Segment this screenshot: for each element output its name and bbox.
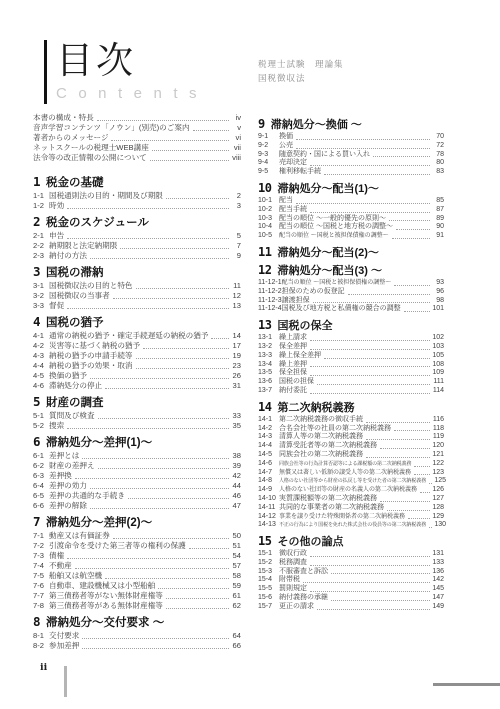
toc-item-id: 13-2 (258, 343, 279, 352)
toc-item-page: 39 (231, 461, 241, 471)
toc-item: 14-6同族会社等の行為計算否認等による課税額の第二次納税義務122 (258, 460, 444, 469)
toc-item-id: 7-3 (33, 551, 49, 561)
toc-item-id: 5-1 (33, 411, 49, 421)
front-matter-item: ネットスクールの税理士WEB講座vii (33, 143, 241, 153)
section-title: 税金の基礎 (46, 177, 104, 189)
book-title-block: 税理士試験 理論集 国税徴収法 (258, 57, 344, 85)
toc-item-page: 44 (231, 481, 241, 491)
toc-item-id: 7-7 (33, 591, 49, 601)
dot-leader (67, 428, 229, 429)
section-heading: 6滞納処分～差押(1)～ (33, 436, 241, 449)
dot-leader (152, 150, 229, 151)
front-matter-item: 著者からのメッセージvi (33, 133, 241, 143)
right-column: 9滞納処分～換価 ～9-1換価709-2公売729-3随意契約・国による買い入れ… (258, 118, 444, 612)
dot-leader (189, 548, 229, 549)
toc-item: 4-1通常の納税の猶予・確定手続遅延の納税の猶予14 (33, 331, 241, 341)
toc-item-label: 更正の請求 (279, 603, 314, 612)
toc-item: 1-1国税通則法の目的・期間及び期限2 (33, 191, 241, 201)
toc-item: 7-1動産又は有価証券50 (33, 531, 241, 541)
toc-item-page: 33 (231, 411, 241, 421)
toc-item-page: 91 (432, 232, 444, 241)
page-title: 目次 (56, 40, 208, 82)
section-heading: 2税金のスケジュール (33, 216, 241, 229)
toc-item-id: 14-1 (258, 416, 279, 425)
toc-item-id: 3-2 (33, 291, 49, 301)
toc-item: 7-8第三債務者等がある無体財産権等62 (33, 601, 241, 611)
section-heading: 12滞納処分～配当(3) ～ (258, 264, 444, 277)
dot-leader (313, 302, 430, 303)
toc-item-id: 2-3 (33, 251, 49, 261)
toc-item: 14-7無償又は著しい低額の譲受人等の第二次納税義務123 (258, 469, 444, 478)
dot-leader (166, 598, 229, 599)
dot-leader (90, 258, 229, 259)
toc-item-label: 納税の猶予の申請手続等 (49, 351, 133, 361)
toc-item-id: 11-12-3 (258, 297, 282, 306)
toc-item: 14-8人格のない社団等から財産の払戻し等を受けた者の第二次納税義務125 (258, 477, 444, 486)
toc-item-id: 8-2 (33, 641, 49, 651)
dot-leader (113, 538, 229, 539)
toc-item-page: 87 (432, 206, 444, 215)
section-items: 3-1国税徴収法の目的と特色113-2国税徴収の当事者123-3督促13 (33, 281, 241, 311)
book-title-line2: 国税徴収法 (258, 71, 344, 85)
section-heading: 11滞納処分～配当(2)～ (258, 246, 444, 259)
toc-item-label: 財産の差押え (49, 461, 95, 471)
toc-item-page: 80 (432, 159, 444, 168)
toc-item-page: 12 (231, 291, 241, 301)
toc-item-page: 17 (231, 341, 241, 351)
section-number: 7 (33, 516, 40, 528)
toc-item: 14-10実質課税額等の第二次納税義務127 (258, 495, 444, 504)
dot-leader (310, 591, 430, 592)
toc-item-id: 3-1 (33, 281, 49, 291)
toc-item-page: 114 (432, 387, 444, 396)
dot-leader (310, 366, 430, 367)
toc-item-id: 9-5 (258, 168, 279, 177)
section-number: 9 (258, 118, 265, 130)
title-block: 目次 Contents (44, 40, 208, 104)
section-items: 9-1換価709-2公売729-3随意契約・国による買い入れ789-4売却決定8… (258, 133, 444, 177)
dot-leader (310, 556, 430, 557)
toc-item-page: 123 (432, 469, 444, 478)
toc-item-label: 換価の猶予 (49, 371, 87, 381)
toc-item-id: 4-2 (33, 341, 49, 351)
toc-item-id: 6-6 (33, 501, 49, 511)
section-heading: 1税金の基礎 (33, 176, 241, 189)
page-subtitle: Contents (56, 84, 208, 104)
dot-leader (82, 638, 229, 639)
toc-item-label: 国税通則法の目的・期間及び期限 (49, 191, 163, 201)
toc-item: 7-4不動産57 (33, 561, 241, 571)
toc-item-page: 5 (231, 231, 241, 241)
toc-item-page: 125 (434, 477, 446, 486)
toc-item: 14-2合名会社等の社員の第二次納税義務118 (258, 425, 444, 434)
book-title-line1: 税理士試験 理論集 (258, 57, 344, 71)
toc-item-id: 9-4 (258, 159, 279, 168)
section-title: 滞納処分～差押(2)～ (46, 517, 152, 529)
toc-item-page: 2 (231, 191, 241, 201)
toc-item: 2-2納期限と法定納期限7 (33, 241, 241, 251)
toc-item-label: 差押とは (49, 451, 79, 461)
toc-item-page: 147 (432, 594, 444, 603)
toc-item-label: 合名会社等の社員の第二次納税義務 (279, 425, 391, 434)
toc-page: { "header": { "title": "目次", "subtitle":… (0, 0, 500, 709)
toc-item: 4-3納税の猶予の申請手続等19 (33, 351, 241, 361)
toc-item-label: 清算人等の第二次納税義務 (279, 433, 363, 442)
toc-item-id: 13-7 (258, 387, 279, 396)
toc-item-id: 15-6 (258, 594, 279, 603)
dot-leader (296, 203, 430, 204)
toc-item: 10-4配当の順位 ～国税と地方税の調整～90 (258, 223, 444, 232)
toc-item-page: 31 (231, 381, 241, 391)
front-matter-item: 本書の構成・特長iv (33, 113, 241, 123)
dot-leader (158, 588, 229, 589)
toc-item-page: 57 (231, 561, 241, 571)
dot-leader (166, 198, 229, 199)
toc-item: 15-2税務調査133 (258, 559, 444, 568)
dot-leader (429, 527, 432, 528)
section-number: 4 (33, 316, 40, 328)
toc-item-label: 引渡命令を受けた第三者等の権利の保護 (49, 541, 186, 551)
dot-leader (67, 558, 229, 559)
toc-item-label: 国税及び地方税と私債権の競合の調整 (282, 305, 401, 314)
toc-item-id: 14-8 (258, 477, 279, 486)
section-heading: 3国税の滞納 (33, 266, 241, 279)
toc-item: 5-1質問及び検査33 (33, 411, 241, 421)
dot-leader (82, 648, 229, 649)
toc-section: 1税金の基礎1-1国税通則法の目的・期間及び期限21-2時効3 (33, 176, 241, 211)
section-number: 12 (258, 264, 271, 276)
dot-leader (105, 578, 229, 579)
dot-leader (324, 174, 430, 175)
toc-item-id: 9-2 (258, 142, 279, 151)
dot-leader (105, 388, 229, 389)
toc-item-label: 差押換 (49, 471, 72, 481)
dot-leader (310, 349, 430, 350)
toc-item: 11-12-1配当の順位 ～国税と被担保債権の調整～93 (258, 279, 444, 288)
toc-item-id: 7-1 (33, 531, 49, 541)
toc-item: 8-1交付要求64 (33, 631, 241, 641)
section-title: 滞納処分～配当(2)～ (277, 247, 378, 259)
toc-item: 15-4附帯税142 (258, 576, 444, 585)
toc-item-page: 121 (432, 451, 444, 460)
toc-item-label: 配当の順位 ～国税と被担保債権の調整～ (279, 232, 389, 241)
toc-section: 5財産の調査5-1質問及び検査335-2捜索35 (33, 396, 241, 431)
toc-item: 9-5権利移転手続83 (258, 168, 444, 177)
toc-item-page: 109 (432, 369, 444, 378)
toc-item-id: 15-7 (258, 603, 279, 612)
toc-item-label: 換価 (279, 133, 293, 142)
dot-leader (303, 582, 430, 583)
toc-item: 6-2財産の差押え39 (33, 461, 241, 471)
toc-item-label: 罰則規定 (279, 585, 307, 594)
section-heading: 7滞納処分～差押(2)～ (33, 516, 241, 529)
toc-item-id: 10-2 (258, 206, 279, 215)
toc-item-id: 10-1 (258, 197, 279, 206)
toc-item: 7-2引渡命令を受けた第三者等の権利の保護51 (33, 541, 241, 551)
section-title: 滞納処分～交付要求 ～ (46, 617, 164, 629)
dot-leader (98, 468, 229, 469)
toc-item-id: 4-4 (33, 361, 49, 371)
toc-item-id: 1-1 (33, 191, 49, 201)
toc-item-id: 14-11 (258, 504, 279, 513)
left-column-sections: 1税金の基礎1-1国税通則法の目的・期間及び期限21-2時効32税金のスケジュー… (33, 176, 241, 651)
toc-item-id: 13-3 (258, 352, 279, 361)
toc-item-label: 債権 (49, 551, 64, 561)
toc-item-label: 質問及び検査 (49, 411, 95, 421)
dot-leader (98, 418, 229, 419)
toc-item-id: 13-6 (258, 378, 279, 387)
toc-item-page: 26 (231, 371, 241, 381)
dot-leader (389, 220, 430, 221)
toc-item-label: 第二次納税義務の徴収手続 (279, 416, 363, 425)
toc-section: 3国税の滞納3-1国税徴収法の目的と特色113-2国税徴収の当事者123-3督促… (33, 266, 241, 311)
toc-item-page: 102 (432, 334, 444, 343)
dot-leader (90, 508, 229, 509)
section-title: 滞納処分～差押(1)～ (46, 437, 152, 449)
section-number: 3 (33, 266, 40, 278)
toc-item-label: 国税の担保 (279, 378, 314, 387)
dot-leader (67, 308, 229, 309)
toc-item: 14-5同族会社の第二次納税義務121 (258, 451, 444, 460)
toc-item-label: 通常の納税の猶予・確定手続遅延の納税の猶予 (49, 331, 208, 341)
toc-item-id: 3-3 (33, 301, 49, 311)
dot-leader (373, 156, 430, 157)
toc-item: 14-1第二次納税義務の徴収手続116 (258, 416, 444, 425)
toc-item-label: 時効 (49, 201, 64, 211)
toc-item: 14-3清算人等の第二次納税義務119 (258, 433, 444, 442)
section-items: 13-1繰上請求10213-2保全差押10313-3繰上保全差押10513-4繰… (258, 334, 444, 396)
section-items: 14-1第二次納税義務の徴収手続11614-2合名会社等の社員の第二次納税義務1… (258, 416, 444, 530)
dot-leader (120, 248, 229, 249)
dot-leader (317, 609, 430, 610)
toc-section: 9滞納処分～換価 ～9-1換価709-2公売729-3随意契約・国による買い入れ… (258, 118, 444, 177)
toc-item-id: 6-1 (33, 451, 49, 461)
toc-item-page: 51 (231, 541, 241, 551)
dot-leader (211, 338, 229, 339)
toc-item-page: 108 (432, 361, 444, 370)
toc-item-id: 7-2 (33, 541, 49, 551)
dot-leader (394, 285, 430, 286)
toc-item: 9-4売却決定80 (258, 159, 444, 168)
toc-section: 4国税の猶予4-1通常の納税の猶予・確定手続遅延の納税の猶予144-2災害等に基… (33, 316, 241, 391)
toc-item-id: 10-3 (258, 215, 279, 224)
toc-item: 10-5配当の順位 ～国税と被担保債権の調整～91 (258, 232, 444, 241)
toc-item-page: 59 (231, 581, 241, 591)
section-items: 2-1申告52-2納期限と法定納期限72-3納付の方法9 (33, 231, 241, 261)
toc-item-page: 129 (432, 513, 444, 522)
toc-section: 2税金のスケジュール2-1申告52-2納期限と法定納期限72-3納付の方法9 (33, 216, 241, 261)
toc-item: 5-2捜索35 (33, 421, 241, 431)
toc-item-id: 14-13 (258, 521, 279, 530)
dot-leader (90, 488, 229, 489)
toc-item-page: 96 (432, 288, 444, 297)
section-number: 15 (258, 535, 271, 547)
toc-item: 9-1換価70 (258, 133, 444, 142)
toc-item-id: 7-6 (33, 581, 49, 591)
dot-leader (136, 288, 229, 289)
toc-item-label: 担保のための仮登記 (282, 288, 345, 297)
toc-item-page: 127 (432, 495, 444, 504)
toc-item-page: 98 (432, 297, 444, 306)
toc-item-id: 14-7 (258, 469, 279, 478)
toc-item-id: 11-12-2 (258, 288, 282, 297)
toc-item-id: 13-1 (258, 334, 279, 343)
toc-item-id: 11-12-4 (258, 305, 282, 314)
toc-item: 15-7更正の請求149 (258, 603, 444, 612)
dot-leader (310, 565, 430, 566)
toc-item-page: 105 (432, 352, 444, 361)
toc-item-page: vi (231, 133, 241, 143)
toc-section: 7滞納処分～差押(2)～7-1動産又は有価証券507-2引渡命令を受けた第三者等… (33, 516, 241, 611)
toc-item-page: 72 (432, 142, 444, 151)
section-heading: 10滞納処分～配当(1)～ (258, 182, 444, 195)
dot-leader (75, 568, 229, 569)
toc-item-page: 46 (231, 491, 241, 501)
toc-item-page: 35 (231, 421, 241, 431)
folio-page-number: ii (40, 662, 47, 673)
toc-item: 4-6滞納処分の停止31 (33, 381, 241, 391)
toc-item-label: 交付要求 (49, 631, 79, 641)
front-matter-item: 音声学習コンテンツ「ノウン」(別売)のご案内v (33, 123, 241, 133)
toc-item-id: 6-5 (33, 491, 49, 501)
section-number: 6 (33, 436, 40, 448)
toc-section: 8滞納処分～交付要求 ～8-1交付要求648-2参加差押66 (33, 616, 241, 651)
section-items: 15-1徴収行政13115-2税務調査13315-3不服審査と訴訟13615-4… (258, 550, 444, 612)
toc-item: 14-11共同的な事業者の第二次納税義務128 (258, 504, 444, 513)
toc-item-page: 103 (432, 343, 444, 352)
toc-item: 11-12-2担保のための仮登記96 (258, 288, 444, 297)
toc-item-label: 公売 (279, 142, 293, 151)
dot-leader (111, 140, 229, 141)
toc-item-page: 13 (231, 301, 241, 311)
toc-item-id: 14-10 (258, 495, 279, 504)
toc-item: 13-7納付委託114 (258, 387, 444, 396)
toc-item-page: 14 (231, 331, 241, 341)
dot-leader (193, 130, 229, 131)
toc-item: 7-3債権54 (33, 551, 241, 561)
section-title: 国税の保全 (277, 320, 332, 332)
toc-item-label: 同族会社等の行為計算否認等による課税額の第二次納税義務 (279, 460, 411, 469)
toc-item-label: 繰上保全差押 (279, 352, 321, 361)
section-number: 13 (258, 319, 271, 331)
toc-item-page: 78 (432, 151, 444, 160)
section-number: 1 (33, 176, 40, 188)
dot-leader (396, 229, 430, 230)
toc-item-id: 6-4 (33, 481, 49, 491)
toc-item: 14-9人格のない社団等の財産の名義人の第二次納税義務126 (258, 486, 444, 495)
toc-item-label: 自動車、建設機械又は小型船舶 (49, 581, 155, 591)
toc-item-page: 101 (432, 305, 444, 314)
dot-leader (394, 430, 430, 431)
section-items: 5-1質問及び検査335-2捜索35 (33, 411, 241, 431)
dot-leader (420, 492, 430, 493)
section-items: 10-1配当8510-2配当手続8710-3配当の順位 ～一般的優先の原則～89… (258, 197, 444, 241)
dot-leader (331, 573, 430, 574)
toc-item-id: 14-6 (258, 460, 279, 469)
toc-item-page: v (231, 123, 241, 133)
toc-item-id: 14-9 (258, 486, 279, 495)
toc-item-page: iv (231, 113, 241, 123)
toc-item: 4-5換価の猶予26 (33, 371, 241, 381)
dot-leader (143, 348, 229, 349)
front-matter-item: 法令等の改正情報の公開についてviii (33, 153, 241, 163)
dot-leader (128, 498, 229, 499)
toc-section: 14第二次納税義務14-1第二次納税義務の徴収手続11614-2合名会社等の社員… (258, 401, 444, 530)
dot-leader (310, 375, 430, 376)
toc-item-label: 督促 (49, 301, 64, 311)
toc-item-page: 47 (231, 501, 241, 511)
toc-item-label: 清算受託者等の第二次納税義務 (279, 442, 377, 451)
toc-item-page: 116 (432, 416, 444, 425)
toc-item: 6-4差押の効力44 (33, 481, 241, 491)
toc-item-label: 納付委託 (279, 387, 307, 396)
toc-item-page: 111 (432, 378, 444, 387)
toc-item-id: 15-3 (258, 568, 279, 577)
toc-item-label: 繰上請求 (279, 334, 307, 343)
section-title: 第二次納税義務 (277, 402, 354, 414)
toc-item: 8-2参加差押66 (33, 641, 241, 651)
toc-item-label: 事業を譲り受けた特殊関係者の第二次納税義務 (279, 513, 405, 522)
toc-item: 6-5差押の共通的な手続き46 (33, 491, 241, 501)
toc-item: 15-1徴収行政131 (258, 550, 444, 559)
dot-leader (310, 393, 430, 394)
toc-item-label: 第三債務者等がない無体財産権等 (49, 591, 163, 601)
toc-item-label: 法令等の改正情報の公開について (33, 153, 147, 163)
toc-item-page: 145 (432, 585, 444, 594)
toc-item-page: 149 (432, 603, 444, 612)
toc-item-label: 差押の解除 (49, 501, 87, 511)
section-title: 滞納処分～配当(1)～ (277, 183, 378, 195)
section-heading: 4国税の猶予 (33, 316, 241, 329)
toc-item-id: 4-6 (33, 381, 49, 391)
toc-item-page: 128 (432, 504, 444, 513)
toc-item-id: 10-5 (258, 232, 279, 241)
toc-item-page: 23 (231, 361, 241, 371)
toc-item-label: 動産又は有価証券 (49, 531, 110, 541)
toc-item-page: 133 (432, 559, 444, 568)
dot-leader (136, 368, 229, 369)
toc-item-page: 83 (432, 168, 444, 177)
toc-item-label: 無償又は著しい低額の譲受人等の第二次納税義務 (279, 469, 411, 478)
section-heading: 9滞納処分～換価 ～ (258, 118, 444, 131)
toc-item: 6-1差押とは38 (33, 451, 241, 461)
section-items: 4-1通常の納税の猶予・確定手続遅延の納税の猶予144-2災害等に基づく納税の猶… (33, 331, 241, 391)
dot-leader (67, 238, 229, 239)
toc-item: 14-13不正の行為により国税を免れた株式会社の役員等の第二次納税義務130 (258, 521, 444, 530)
toc-item-page: 118 (432, 425, 444, 434)
toc-item-id: 2-2 (33, 241, 49, 251)
section-number: 8 (33, 616, 40, 628)
toc-item-label: 納付の方法 (49, 251, 87, 261)
toc-item-id: 15-2 (258, 559, 279, 568)
toc-item-page: 122 (432, 460, 444, 469)
toc-item-id: 15-5 (258, 585, 279, 594)
toc-item-label: 音声学習コンテンツ「ノウン」(別売)のご案内 (33, 123, 190, 133)
toc-item-id: 7-5 (33, 571, 49, 581)
section-title: 滞納処分～配当(3) ～ (277, 265, 382, 277)
toc-item-page: 93 (432, 279, 444, 288)
toc-item: 10-2配当手続87 (258, 206, 444, 215)
dot-leader (82, 458, 229, 459)
dot-leader (387, 510, 430, 511)
dot-leader (310, 340, 430, 341)
dot-leader (75, 478, 229, 479)
toc-item-label: 差押の効力 (49, 481, 87, 491)
toc-section: 10滞納処分～配当(1)～10-1配当8510-2配当手続8710-3配当の順位… (258, 182, 444, 241)
toc-item-id: 14-2 (258, 425, 279, 434)
toc-item-label: 同族会社の第二次納税義務 (279, 451, 363, 460)
toc-item-label: 不正の行為により国税を免れた株式会社の役員等の第二次納税義務 (279, 521, 426, 530)
